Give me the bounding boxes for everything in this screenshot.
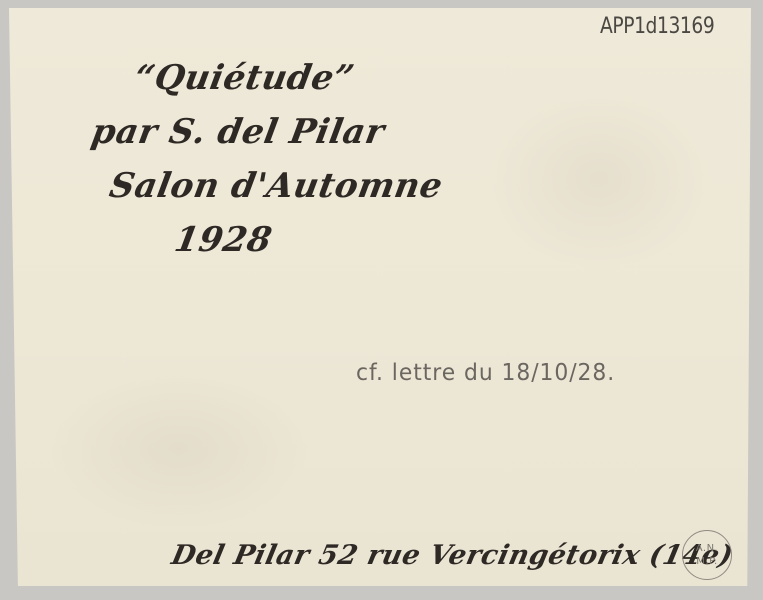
archival-card bbox=[9, 8, 751, 586]
stamp-line-2: M.P. bbox=[696, 555, 717, 568]
exhibition-line: Salon d'Automne bbox=[106, 166, 445, 206]
archive-stamp: A.N. M.P. bbox=[682, 530, 732, 580]
paper-stain bbox=[49, 368, 309, 528]
artist-line: par S. del Pilar bbox=[88, 112, 387, 152]
reference-number: APP1d13169 bbox=[600, 14, 714, 39]
paper-stain bbox=[489, 88, 709, 268]
year-line: 1928 bbox=[171, 220, 275, 260]
stamp-line-1: A.N. bbox=[696, 542, 719, 555]
artist-address: Del Pilar 52 rue Vercingétorix (14e) bbox=[169, 540, 736, 571]
letter-reference-note: cf. lettre du 18/10/28. bbox=[356, 360, 615, 386]
artwork-title: “Quiétude” bbox=[131, 58, 357, 98]
